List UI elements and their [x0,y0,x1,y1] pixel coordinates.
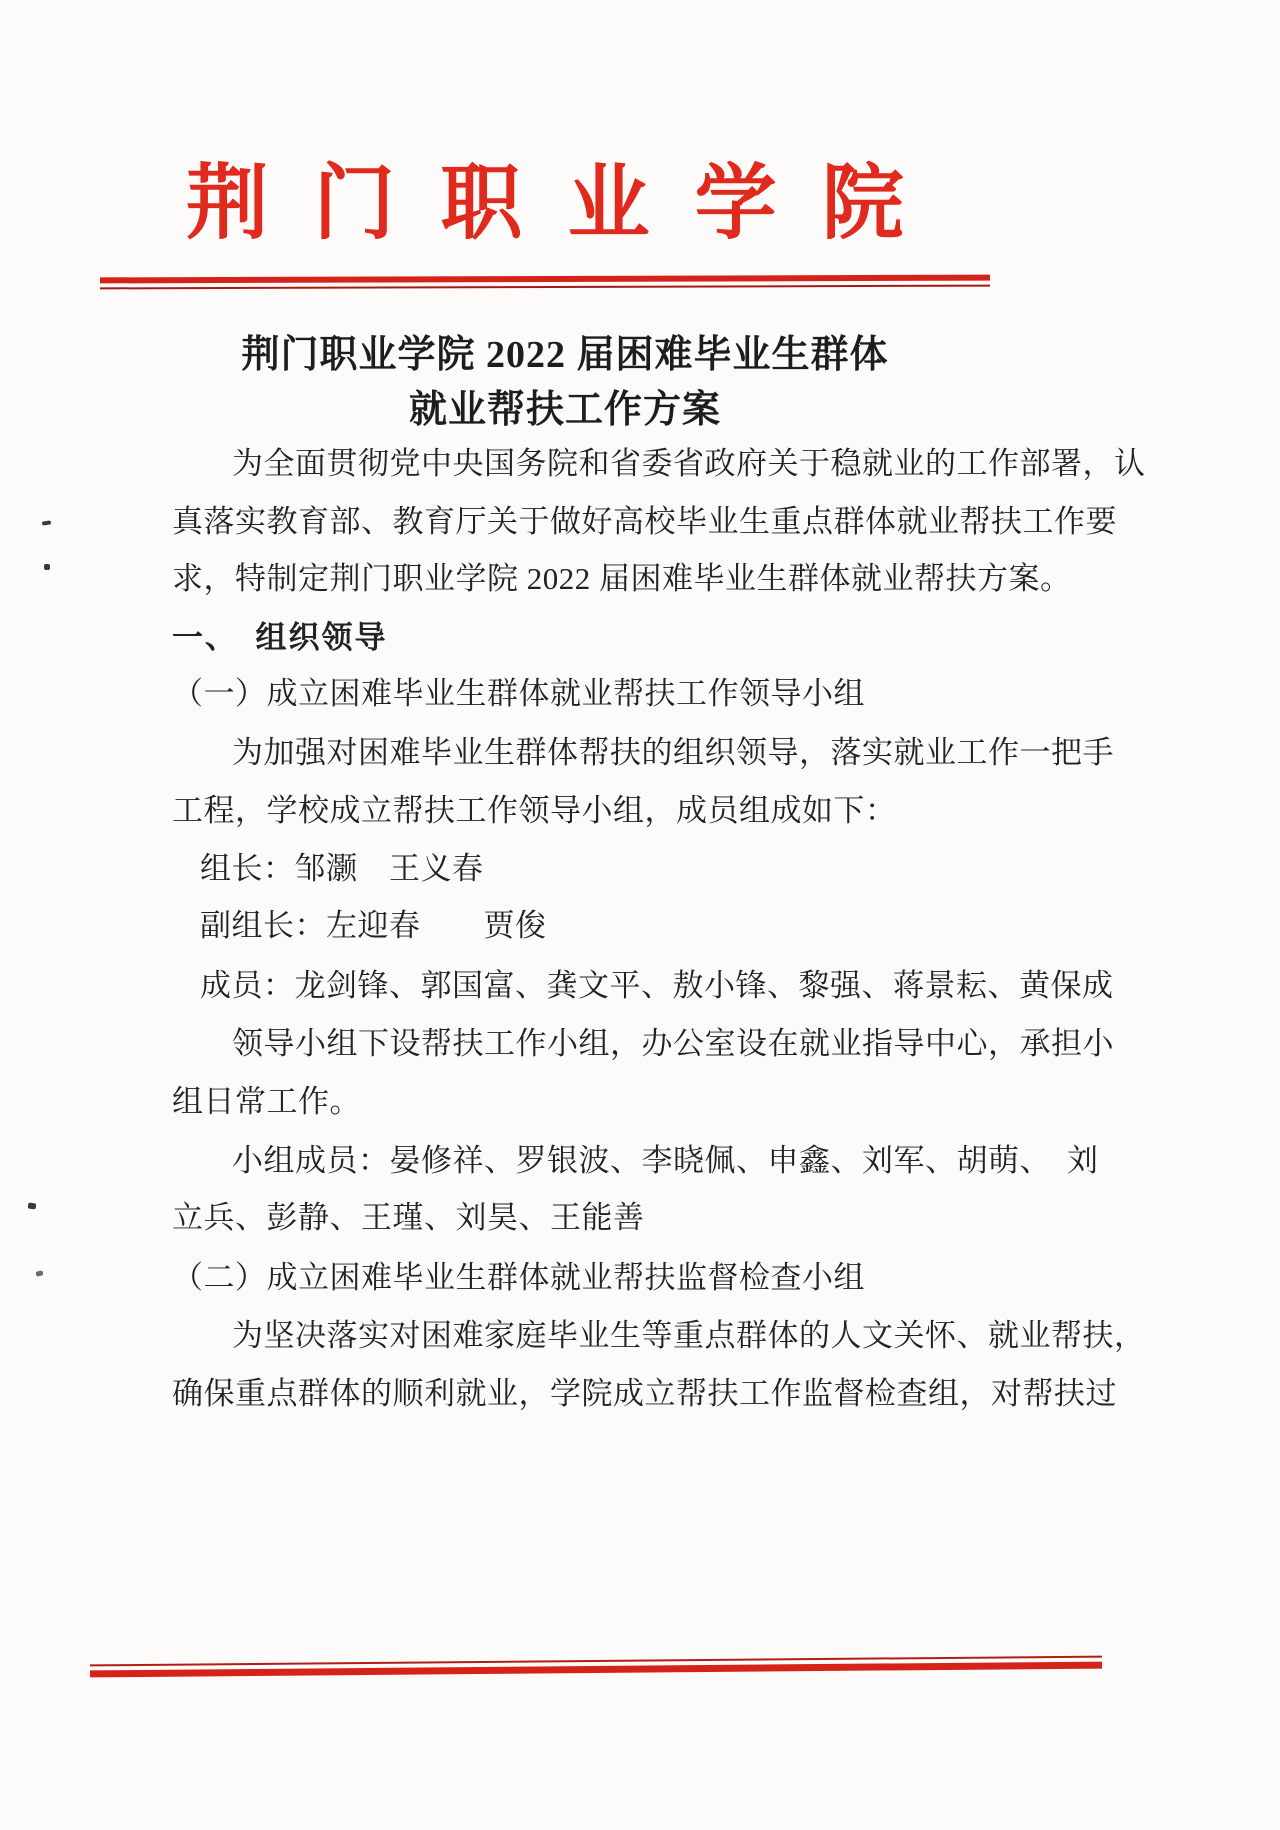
intro-line-2: 真落实教育部、教育厅关于做好高校毕业生重点群体就业帮扶工作要 [172,496,972,541]
supervision-paragraph-line-2: 确保重点群体的顺利就业，学院成立帮扶工作监督检查组，对帮扶过 [172,1368,972,1413]
leadership-paragraph-line-1: 为加强对困难毕业生群体帮扶的组织领导，落实就业工作一把手 [232,727,1032,772]
document-title-line-2: 就业帮扶工作方案 [140,378,990,433]
header-double-rule [100,275,990,290]
group-leader-line: 组长：邹灏 王义春 [200,843,1000,888]
document-title-line-1: 荆门职业学院 2022 届困难毕业生群体 [140,323,990,378]
college-letterhead: 荆门职业学院 [100,138,990,255]
scan-artifact-speck [35,1270,43,1277]
intro-line-1: 为全面贯彻党中央国务院和省委省政府关于稳就业的工作部署，认 [232,438,1032,483]
footer-double-rule [90,1656,1102,1678]
subsection-2-heading: （二）成立困难毕业生群体就业帮扶监督检查小组 [172,1252,972,1297]
subsection-1-heading: （一）成立困难毕业生群体就业帮扶工作领导小组 [172,668,972,713]
supervision-paragraph-line-1: 为坚决落实对困难家庭毕业生等重点群体的人文关怀、就业帮扶， [232,1310,1032,1355]
intro-line-3: 求，特制定荆门职业学院 2022 届困难毕业生群体就业帮扶方案。 [172,553,972,598]
scanned-document-page: 荆门职业学院 荆门职业学院 2022 届困难毕业生群体 就业帮扶工作方案 为全面… [0,0,1280,1830]
members-line: 成员：龙剑锋、郭国富、龚文平、敖小锋、黎强、蒋景耘、黄保成 [200,960,1000,1005]
office-paragraph-line-1: 领导小组下设帮扶工作小组，办公室设在就业指导中心，承担小 [232,1018,1032,1063]
leadership-paragraph-line-2: 工程，学校成立帮扶工作领导小组，成员组成如下： [172,785,972,830]
deputy-leader-line: 副组长：左迎春 贾俊 [200,900,1000,945]
office-paragraph-line-2: 组日常工作。 [172,1076,972,1121]
scan-artifact-speck [28,1203,37,1210]
scan-artifact-speck [42,520,51,525]
section-1-heading: 一、 组织领导 [172,612,972,657]
team-members-line-2: 立兵、彭静、王瑾、刘昊、王能善 [172,1192,972,1237]
scan-artifact-speck [44,564,50,570]
team-members-line-1: 小组成员：晏修祥、罗银波、李晓佩、申鑫、刘军、胡萌、 刘 [232,1135,1032,1180]
